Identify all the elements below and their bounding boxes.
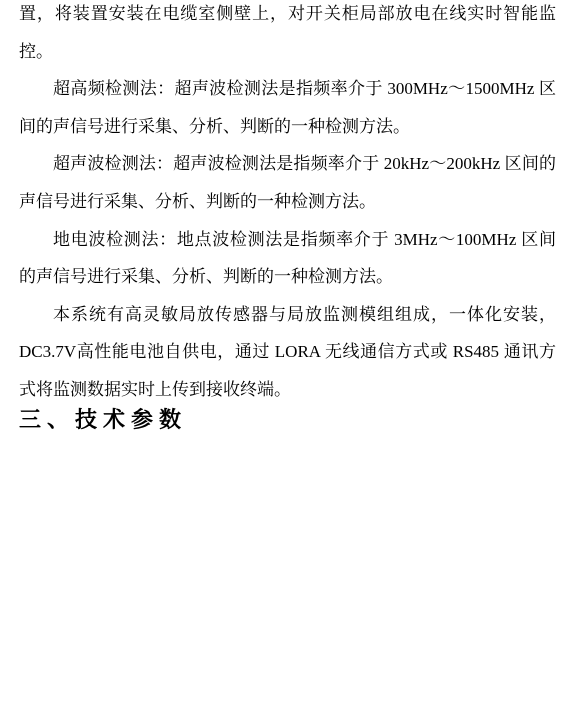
- paragraph-ultrasonic-detection-method: 超声波检测法：超声波检测法是指频率介于 20kHz～200kHz 区间的声信号进…: [19, 145, 556, 220]
- paragraph-uhf-detection-method: 超高频检测法：超声波检测法是指频率介于 300MHz～1500MHz 区间的声信…: [19, 70, 556, 145]
- paragraph-system-description: 本系统有高灵敏局放传感器与局放监测模组组成，一体化安装，DC3.7V高性能电池自…: [19, 296, 556, 409]
- paragraph-continuation: 置，将装置安装在电缆室侧壁上，对开关柜局部放电在线实时智能监控。: [19, 0, 556, 70]
- section-heading-technical-parameters: 三、技术参数: [19, 405, 556, 435]
- document-page: 置，将装置安装在电缆室侧壁上，对开关柜局部放电在线实时智能监控。 超高频检测法：…: [0, 0, 574, 705]
- paragraph-tev-detection-method: 地电波检测法：地点波检测法是指频率介于 3MHz～100MHz 区间的声信号进行…: [19, 221, 556, 296]
